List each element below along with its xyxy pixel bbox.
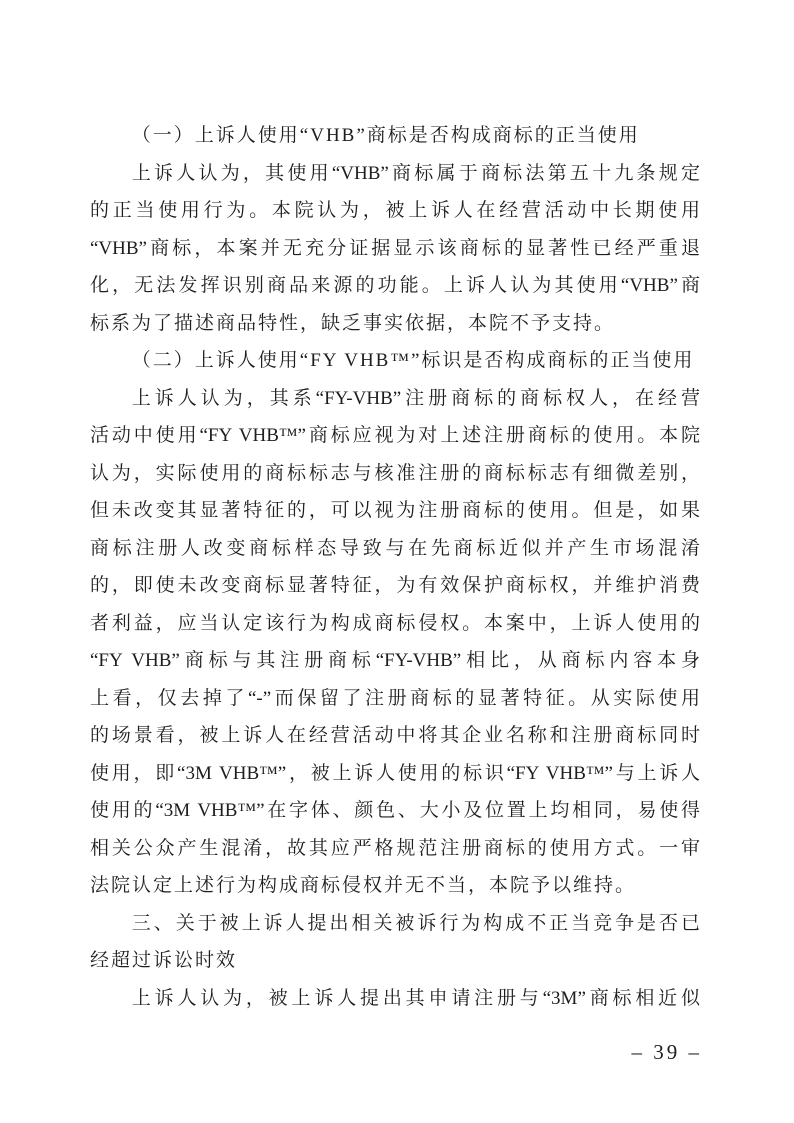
body-line: 但未改变其显著特征的，可以视为注册商标的使用。但是，如果 <box>90 492 700 530</box>
body-line: 的正当使用行为。本院认为，被上诉人在经营活动中长期使用 <box>90 192 700 230</box>
page-number: – 39 – <box>632 1040 703 1065</box>
body-line: 者利益，应当认定该行为构成商标侵权。本案中，上诉人使用的 <box>90 605 700 643</box>
body-line: 活动中使用“FY VHB™”商标应视为对上述注册商标的使用。本院 <box>90 417 700 455</box>
body-line: 标系为了描述商品特性，缺乏事实依据，本院不予支持。 <box>90 305 700 343</box>
body-line: 商标注册人改变商标样态导致与在先商标近似并产生市场混淆 <box>90 530 700 568</box>
body-line: 化，无法发挥识别商品来源的功能。上诉人认为其使用“VHB”商 <box>90 267 700 305</box>
body-line: 使用的“3M VHB™”在字体、颜色、大小及位置上均相同，易使得 <box>90 792 700 830</box>
body-line: 上诉人认为，其使用“VHB”商标属于商标法第五十九条规定 <box>90 155 700 193</box>
body-line: 的场景看，被上诉人在经营活动中将其企业名称和注册商标同时 <box>90 717 700 755</box>
document-page: （一）上诉人使用“VHB”商标是否构成商标的正当使用 上诉人认为，其使用“VHB… <box>0 0 794 1123</box>
body-line: 上诉人认为，被上诉人提出其申请注册与“3M”商标相近似 <box>90 980 700 1018</box>
body-line: 相关公众产生混淆，故其应严格规范注册商标的使用方式。一审 <box>90 830 700 868</box>
body-line: 使用，即“3M VHB™”，被上诉人使用的标识“FY VHB™”与上诉人 <box>90 755 700 793</box>
body-line-heading-2: （二）上诉人使用“FY VHB™”标识是否构成商标的正当使用 <box>90 342 700 380</box>
body-line: “FY VHB”商标与其注册商标“FY-VHB”相比，从商标内容本身 <box>90 642 700 680</box>
body-line: 上诉人认为，其系“FY-VHB”注册商标的商标权人，在经营 <box>90 380 700 418</box>
body-line: 法院认定上述行为构成商标侵权并无不当，本院予以维持。 <box>90 867 700 905</box>
body-line-heading-3: 三、关于被上诉人提出相关被诉行为构成不正当竞争是否已 <box>90 905 700 943</box>
body-line: 上看，仅去掉了“-”而保留了注册商标的显著特征。从实际使用 <box>90 680 700 718</box>
body-line-heading-1: （一）上诉人使用“VHB”商标是否构成商标的正当使用 <box>90 117 700 155</box>
body-line: “VHB”商标，本案并无充分证据显示该商标的显著性已经严重退 <box>90 230 700 268</box>
body-line: 认为，实际使用的商标标志与核准注册的商标标志有细微差别， <box>90 455 700 493</box>
document-body: （一）上诉人使用“VHB”商标是否构成商标的正当使用 上诉人认为，其使用“VHB… <box>90 117 700 1017</box>
body-line: 的，即使未改变商标显著特征，为有效保护商标权，并维护消费 <box>90 567 700 605</box>
body-line: 经超过诉讼时效 <box>90 942 700 980</box>
